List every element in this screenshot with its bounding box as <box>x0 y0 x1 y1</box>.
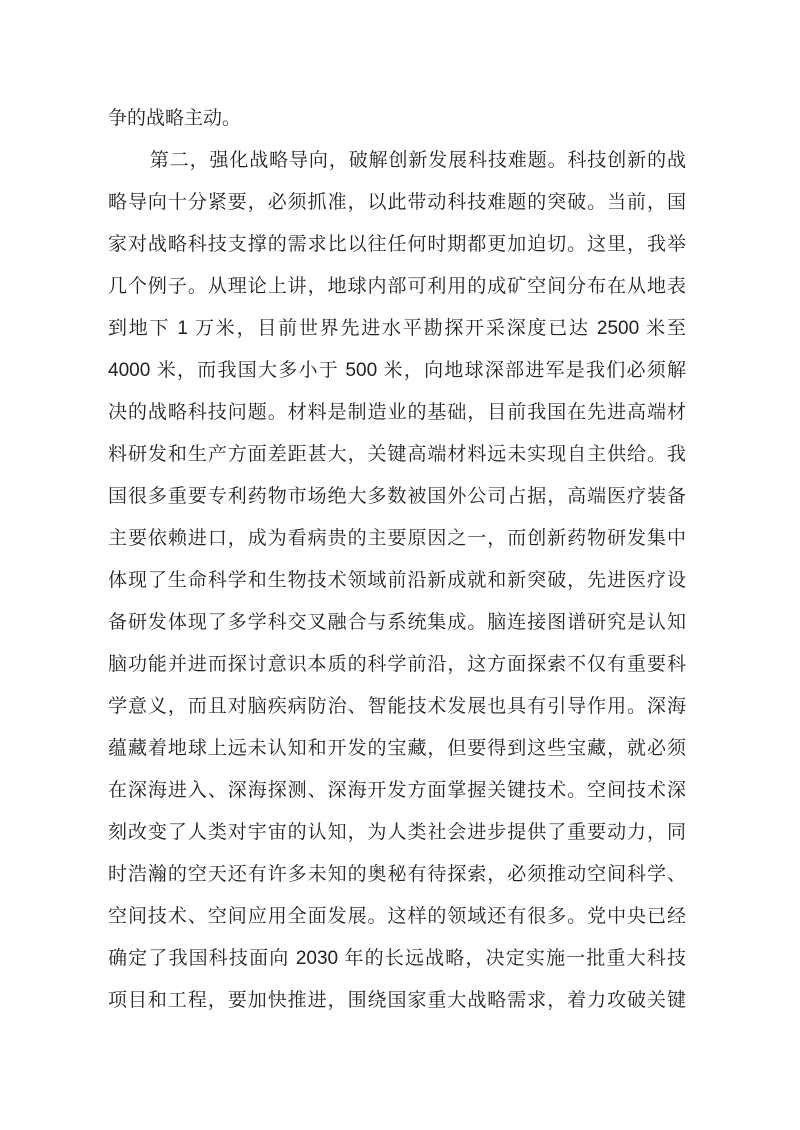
text-line: 料研发和生产方面差距甚大，关键高端材料远未实现自主供给。我 <box>108 434 686 476</box>
text-line: 略导向十分紧要，必须抓准，以此带动科技难题的突破。当前，国 <box>108 182 686 224</box>
text-line: 刻改变了人类对宇宙的认知，为人类社会进步提供了重要动力，同 <box>108 812 686 854</box>
text-line: 项目和工程，要加快推进，围绕国家重大战略需求，着力攻破关键 <box>108 980 686 1022</box>
document-page: 争的战略主动。第二，强化战略导向，破解创新发展科技难题。科技创新的战略导向十分紧… <box>0 0 800 1130</box>
text-line: 决的战略科技问题。材料是制造业的基础，目前我国在先进高端材 <box>108 392 686 434</box>
text-line: 争的战略主动。 <box>108 98 686 140</box>
text-line: 脑功能并进而探讨意识本质的科学前沿，这方面探索不仅有重要科 <box>108 644 686 686</box>
text-line: 在深海进入、深海探测、深海开发方面掌握关键技术。空间技术深 <box>108 770 686 812</box>
text-line: 主要依赖进口，成为看病贵的主要原因之一，而创新药物研发集中 <box>108 518 686 560</box>
text-line: 空间技术、空间应用全面发展。这样的领域还有很多。党中央已经 <box>108 896 686 938</box>
text-line: 国很多重要专利药物市场绝大多数被国外公司占据，高端医疗装备 <box>108 476 686 518</box>
text-line: 确定了我国科技面向 2030 年的长远战略，决定实施一批重大科技 <box>108 938 686 980</box>
document-text: 争的战略主动。第二，强化战略导向，破解创新发展科技难题。科技创新的战略导向十分紧… <box>108 98 686 1022</box>
text-line: 家对战略科技支撑的需求比以往任何时期都更加迫切。这里，我举 <box>108 224 686 266</box>
text-line: 备研发体现了多学科交叉融合与系统集成。脑连接图谱研究是认知 <box>108 602 686 644</box>
text-line: 几个例子。从理论上讲，地球内部可利用的成矿空间分布在从地表 <box>108 266 686 308</box>
text-line: 学意义，而且对脑疾病防治、智能技术发展也具有引导作用。深海 <box>108 686 686 728</box>
text-line: 到地下 1 万米，目前世界先进水平勘探开采深度已达 2500 米至 <box>108 308 686 350</box>
text-line: 体现了生命科学和生物技术领域前沿新成就和新突破，先进医疗设 <box>108 560 686 602</box>
text-line: 蕴藏着地球上远未认知和开发的宝藏，但要得到这些宝藏，就必须 <box>108 728 686 770</box>
text-line: 4000 米，而我国大多小于 500 米，向地球深部进军是我们必须解 <box>108 350 686 392</box>
text-line: 第二，强化战略导向，破解创新发展科技难题。科技创新的战 <box>108 140 686 182</box>
text-line: 时浩瀚的空天还有许多未知的奥秘有待探索，必须推动空间科学、 <box>108 854 686 896</box>
